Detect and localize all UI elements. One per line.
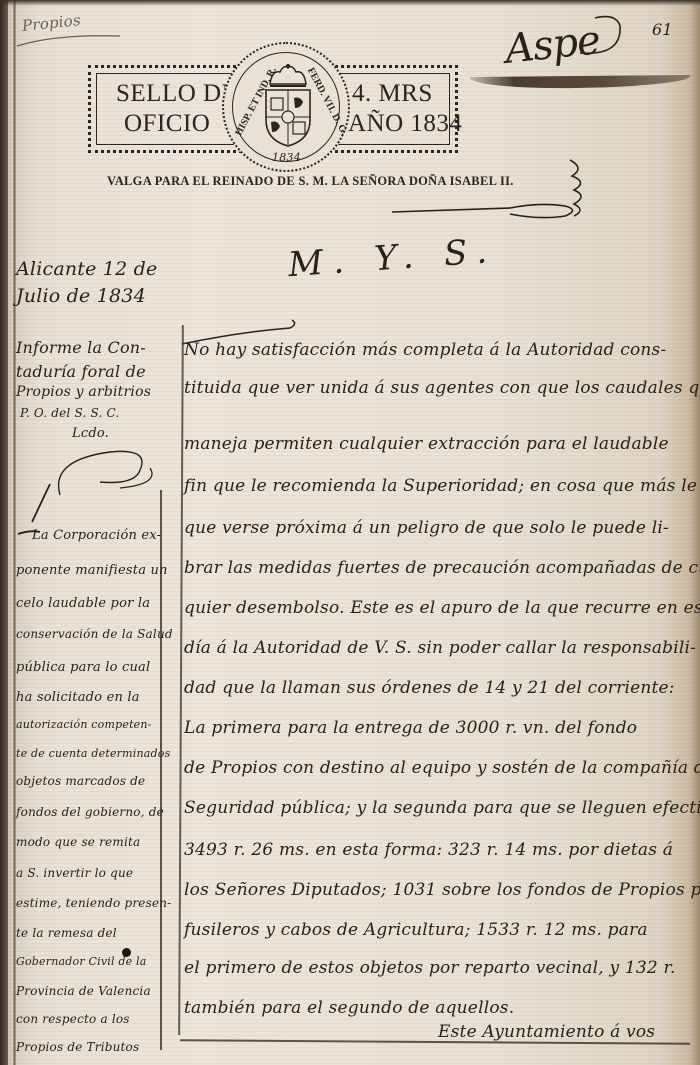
margin-note-line: celo laudable por la: [16, 596, 150, 611]
margin-note-line: ponente manifiesta un: [16, 563, 168, 578]
margin-note-line: Provincia de Valencia: [16, 984, 151, 998]
body-line: los Señores Diputados; 1031 sobre los fo…: [184, 880, 700, 900]
body-line: que verse próxima á un peligro de que so…: [184, 518, 669, 538]
signature-flourish: [560, 8, 630, 63]
decree-signature: Lcdo.: [72, 426, 109, 441]
margin-note-line: modo que se remita: [16, 835, 140, 849]
body-line: de Propios con destino al equipo y sosté…: [184, 758, 700, 778]
decree-line: P. O. del S. S. C.: [20, 406, 119, 420]
body-line-closing: Este Ayuntamiento á vos: [438, 1022, 655, 1042]
body-line: día á la Autoridad de V. S. sin poder ca…: [184, 638, 696, 658]
ink-blot: [122, 948, 131, 957]
salutation: M. Y. S.: [287, 231, 498, 285]
stamp-sello-de: SELLO DE: [116, 80, 237, 108]
stamp-year: AÑO 1834: [348, 110, 462, 138]
body-line: Seguridad pública; y la segunda para que…: [184, 798, 700, 818]
body-line: 3493 r. 26 ms. en esta forma: 323 r. 14 …: [184, 840, 673, 860]
body-margin-rule: [178, 325, 184, 1035]
decree-line: Informe la Con-: [16, 338, 146, 357]
body-line: brar las medidas fuertes de precaución a…: [184, 558, 700, 578]
annotation-underline-flourish: [15, 30, 125, 50]
margin-note-line: autorización competen-: [16, 718, 152, 731]
margin-column-rule: [160, 490, 162, 1050]
seal-year: 1834: [272, 151, 301, 164]
ink-rule-stroke: [470, 75, 690, 89]
body-line: quier desembolso. Este es el apuro de la…: [184, 598, 700, 618]
folio-number: 61: [652, 20, 673, 39]
margin-note-line: conservación de la Salud: [16, 627, 173, 641]
body-line: No hay satisfacción más completa á la Au…: [184, 340, 666, 360]
body-line: también para el segundo de aquellos.: [184, 998, 514, 1018]
stamp-value: 4. MRS: [352, 80, 433, 108]
margin-note-line: ha solicitado en la: [16, 690, 140, 705]
royal-seal: HISP. ET IND. R. FERD. VII. D. G. 1834: [222, 42, 350, 172]
body-line: fusileros y cabos de Agricultura; 1533 r…: [184, 920, 648, 940]
body-line: La primera para la entrega de 3000 r. vn…: [184, 718, 637, 738]
margin-note-line: pública para lo cual: [16, 660, 150, 675]
stamp-oficio: OFICIO: [124, 110, 210, 138]
margin-date-line-1: Alicante 12 de: [16, 258, 157, 280]
decree-line: Propios y arbitrios: [16, 384, 151, 400]
body-line: dad que la llaman sus órdenes de 14 y 21…: [184, 678, 675, 698]
margin-note-line: te la remesa del: [16, 926, 117, 940]
margin-note-line: objetos marcados de: [16, 774, 145, 788]
margin-date-line-2: Julio de 1834: [16, 285, 146, 307]
margin-note-line: te de cuenta determinados: [16, 747, 170, 760]
rubric-flourish: [390, 150, 590, 225]
page-top-shadow: [0, 0, 700, 6]
body-line: maneja permiten cualquier extracción par…: [184, 434, 669, 454]
margin-note-line: con respecto a los: [16, 1012, 130, 1026]
margin-note-line: Propios de Tributos: [16, 1040, 139, 1054]
body-line: el primero de estos objetos por reparto …: [184, 958, 676, 978]
document-page: Propios Aspe 61 SELLO DE OFICIO 4. MRS A…: [0, 0, 700, 1065]
body-line: fin que le recomienda la Superioridad; e…: [184, 476, 700, 496]
margin-note-line: estime, teniendo presen-: [16, 896, 171, 910]
margin-note-line: a S. invertir lo que: [16, 866, 133, 880]
margin-note-line: fondos del gobierno, de: [16, 805, 164, 819]
margin-note-line: La Corporación ex-: [32, 528, 161, 543]
decree-line: taduría foral de: [16, 362, 146, 381]
body-line: tituida que ver unida á sus agentes con …: [184, 378, 700, 398]
